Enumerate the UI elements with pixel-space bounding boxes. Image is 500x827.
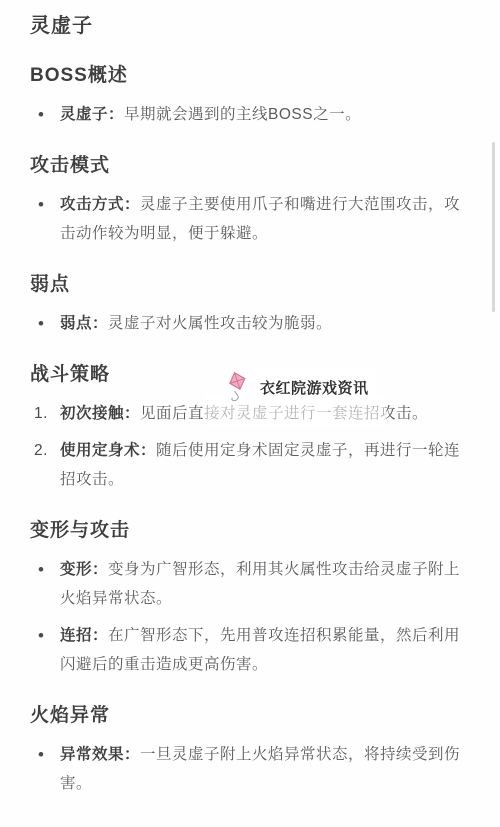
list-item: 变形：变身为广智形态，利用其火属性攻击给灵虚子附上火焰异常状态。 xyxy=(30,555,462,613)
list-item: 弱点：灵虚子对火属性攻击较为脆弱。 xyxy=(30,309,462,338)
item-label: 变形： xyxy=(60,561,108,578)
item-text: 变身为广智形态，利用其火属性攻击给灵虚子附上火焰异常状态。 xyxy=(60,561,460,607)
section-heading-boss-overview: BOSS概述 xyxy=(30,63,462,89)
page-title: 灵虚子 xyxy=(30,13,462,39)
kite-icon xyxy=(226,371,252,403)
battle-strategy-list: 1.初次接触：见面后直接对灵虚子进行一套连招攻击。 2.使用定身术：随后使用定身… xyxy=(30,399,462,494)
item-label: 攻击方式： xyxy=(60,196,140,213)
item-label: 连招： xyxy=(60,627,108,644)
transform-attack-list: 变形：变身为广智形态，利用其火属性攻击给灵虚子附上火焰异常状态。 连招：在广智形… xyxy=(30,555,462,679)
list-item: 异常效果：一旦灵虚子附上火焰异常状态，将持续受到伤害。 xyxy=(30,740,462,798)
item-text: 见面后直接对灵虚子进行一套连招攻击。 xyxy=(140,405,428,422)
section-heading-attack-pattern: 攻击模式 xyxy=(30,153,462,179)
list-item: 灵虚子：早期就会遇到的主线BOSS之一。 xyxy=(30,100,462,129)
weakness-list: 弱点：灵虚子对火属性攻击较为脆弱。 xyxy=(30,309,462,338)
item-label: 使用定身术： xyxy=(60,442,156,459)
numbered-item: 2.使用定身术：随后使用定身术固定灵虚子，再进行一轮连招攻击。 xyxy=(30,436,462,494)
attack-pattern-list: 攻击方式：灵虚子主要使用爪子和嘴进行大范围攻击，攻击动作较为明显，便于躲避。 xyxy=(30,190,462,248)
section-heading-weakness: 弱点 xyxy=(30,272,462,298)
item-label: 异常效果： xyxy=(60,746,140,763)
item-text: 早期就会遇到的主线BOSS之一。 xyxy=(124,106,361,123)
list-item: 连招：在广智形态下，先用普攻连招积累能量，然后利用闪避后的重击造成更高伤害。 xyxy=(30,621,462,679)
watermark: 衣红院游戏资讯 xyxy=(224,369,375,405)
boss-guide-document: 灵虚子 BOSS概述 灵虚子：早期就会遇到的主线BOSS之一。 攻击模式 攻击方… xyxy=(0,0,500,827)
list-item: 攻击方式：灵虚子主要使用爪子和嘴进行大范围攻击，攻击动作较为明显，便于躲避。 xyxy=(30,190,462,248)
section-heading-transform-attack: 变形与攻击 xyxy=(30,518,462,544)
item-label: 弱点： xyxy=(60,315,108,332)
scrollbar-thumb[interactable] xyxy=(492,142,495,312)
flame-abnormal-list: 异常效果：一旦灵虚子附上火焰异常状态，将持续受到伤害。 xyxy=(30,740,462,798)
item-label: 初次接触： xyxy=(60,405,140,422)
item-text: 灵虚子对火属性攻击较为脆弱。 xyxy=(108,315,332,332)
boss-overview-list: 灵虚子：早期就会遇到的主线BOSS之一。 xyxy=(30,100,462,129)
watermark-text: 衣红院游戏资讯 xyxy=(260,377,369,398)
item-number: 1. xyxy=(34,399,48,428)
item-label: 灵虚子： xyxy=(60,106,124,123)
section-heading-flame-abnormal: 火焰异常 xyxy=(30,703,462,729)
item-text: 在广智形态下，先用普攻连招积累能量，然后利用闪避后的重击造成更高伤害。 xyxy=(60,627,460,673)
item-number: 2. xyxy=(34,436,48,465)
